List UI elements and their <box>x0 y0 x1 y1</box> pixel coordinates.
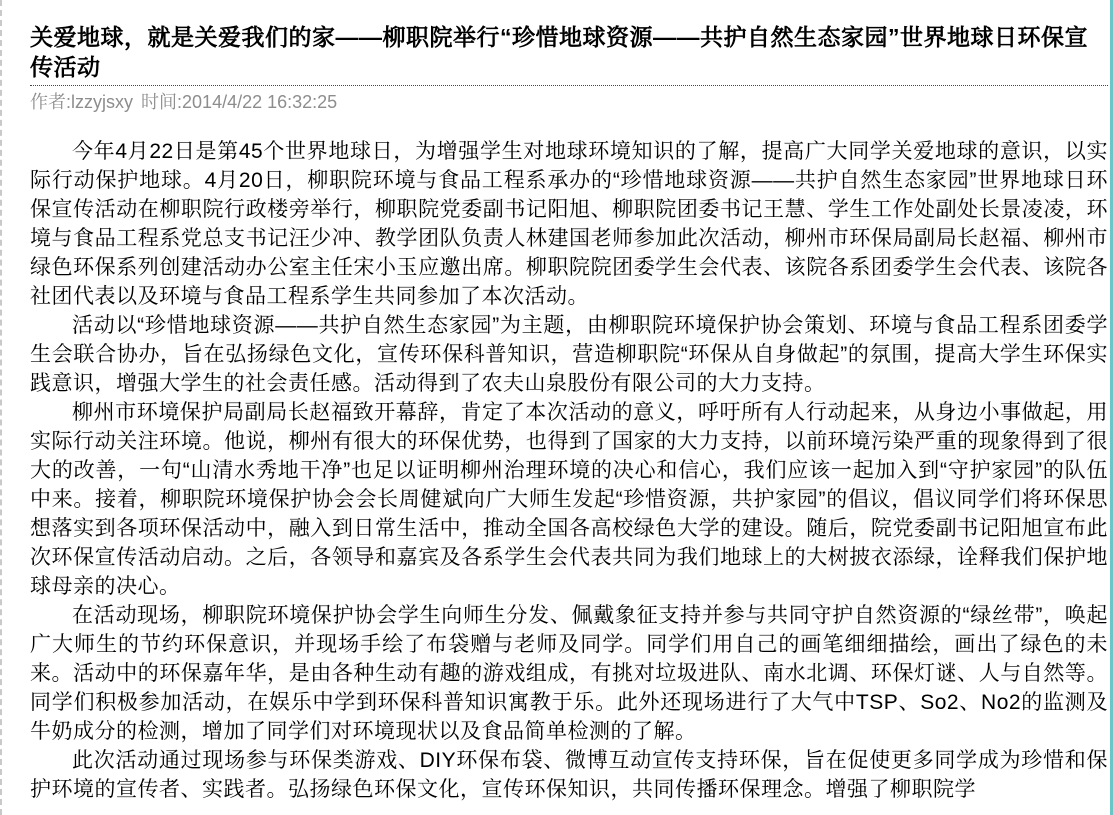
paragraph: 活动以“珍惜地球资源——共护自然生态家园”为主题，由柳职院环境保护协会策划、环境… <box>30 311 1108 398</box>
byline: 作者:lzzyjsxy时间:2014/4/22 16:32:25 <box>30 91 1108 113</box>
author-label: 作者: <box>30 92 71 112</box>
article-title: 关爱地球，就是关爱我们的家——柳职院举行“珍惜地球资源——共护自然生态家园”世界… <box>30 22 1108 82</box>
author-value: lzzyjsxy <box>71 92 133 112</box>
paragraph: 今年4月22日是第45个世界地球日，为增强学生对地球环境知识的了解，提高广大同学… <box>30 137 1108 311</box>
article-page: 关爱地球，就是关爱我们的家——柳职院举行“珍惜地球资源——共护自然生态家园”世界… <box>0 0 1113 815</box>
paragraph: 在活动现场，柳职院环境保护协会学生向师生分发、佩戴象征支持并参与共同守护自然资源… <box>30 601 1108 746</box>
time-label: 时间: <box>141 92 182 112</box>
paragraph: 柳州市环境保护局副局长赵福致开幕辞，肯定了本次活动的意义，呼吁所有人行动起来，从… <box>30 398 1108 601</box>
article-body: 今年4月22日是第45个世界地球日，为增强学生对地球环境知识的了解，提高广大同学… <box>30 137 1108 804</box>
time-value: 2014/4/22 16:32:25 <box>182 92 337 112</box>
title-separator <box>30 85 1108 86</box>
paragraph: 此次活动通过现场参与环保类游戏、DIY环保布袋、微博互动宣传支持环保，旨在促使更… <box>30 746 1108 804</box>
